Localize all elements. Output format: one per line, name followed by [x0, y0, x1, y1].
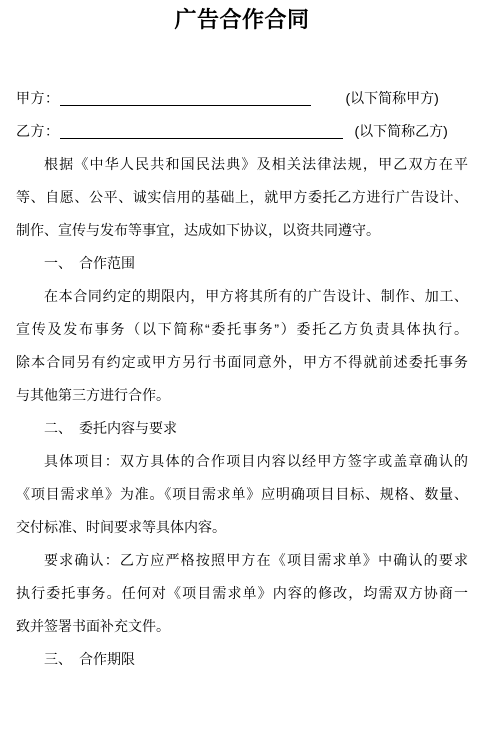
text-line: 具体项目：双方具体的合作项目内容以经甲方签字或盖章确认的 — [16, 445, 468, 478]
text-line: 《项目需求单》为准。《项目需求单》应明确项目目标、规格、数量、 — [16, 478, 468, 511]
section-3-number: 三、 — [44, 651, 72, 667]
party-b-blank-field — [60, 124, 343, 139]
section-3-title: 合作期限 — [79, 651, 135, 667]
section-1-number: 一、 — [44, 255, 72, 271]
party-b-label: 乙方： — [16, 123, 60, 139]
section-2-paragraph-1: 具体项目：双方具体的合作项目内容以经甲方签字或盖章确认的 《项目需求单》为准。《… — [16, 445, 468, 544]
section-2-paragraph-2: 要求确认：乙方应严格按照甲方在《项目需求单》中确认的要求 执行委托事务。任何对《… — [16, 544, 468, 643]
section-2-number: 二、 — [44, 420, 72, 436]
text-line: 除本合同另有约定或甲方另行书面同意外，甲方不得就前述委托事务 — [16, 346, 468, 379]
section-2-title: 委托内容与要求 — [79, 420, 177, 436]
party-a-label: 甲方： — [16, 90, 60, 106]
section-3-heading: 三、合作期限 — [16, 643, 468, 676]
text-line: 要求确认：乙方应严格按照甲方在《项目需求单》中确认的要求 — [16, 544, 468, 577]
party-b-alias: (以下简称乙方) — [355, 123, 448, 139]
text-line: 等、自愿、公平、诚实信用的基础上，就甲方委托乙方进行广告设计、 — [16, 181, 468, 214]
section-2-heading: 二、委托内容与要求 — [16, 412, 468, 445]
section-1-heading: 一、合作范围 — [16, 247, 468, 280]
text-line: 宣传及发布事务（以下简称“委托事务”）委托乙方负责具体执行。 — [16, 313, 468, 346]
party-a-alias: (以下简称甲方) — [346, 90, 439, 106]
text-line: 制作、宣传与发布等事宜，达成如下协议，以资共同遵守。 — [16, 214, 468, 247]
party-a-row: 甲方：(以下简称甲方) — [16, 82, 468, 115]
text-line: 执行委托事务。任何对《项目需求单》内容的修改，均需双方协商一 — [16, 577, 468, 610]
party-a-blank-field — [60, 91, 311, 106]
party-b-row: 乙方：(以下简称乙方) — [16, 115, 468, 148]
contract-title: 广告合作合同 — [16, 5, 468, 35]
text-line: 与其他第三方进行合作。 — [16, 379, 468, 412]
text-line: 根据《中华人民共和国民法典》及相关法律法规，甲乙双方在平 — [16, 148, 468, 181]
text-line: 致并签署书面补充文件。 — [16, 610, 468, 643]
section-1-paragraph-1: 在本合同约定的期限内，甲方将其所有的广告设计、制作、加工、 宣传及发布事务（以下… — [16, 280, 468, 412]
contract-document: 广告合作合同 甲方：(以下简称甲方) 乙方：(以下简称乙方) 根据《中华人民共和… — [0, 0, 497, 734]
text-line: 交付标准、时间要求等具体内容。 — [16, 511, 468, 544]
preamble-paragraph: 根据《中华人民共和国民法典》及相关法律法规，甲乙双方在平 等、自愿、公平、诚实信… — [16, 148, 468, 247]
text-line: 在本合同约定的期限内，甲方将其所有的广告设计、制作、加工、 — [16, 280, 468, 313]
section-1-title: 合作范围 — [79, 255, 135, 271]
